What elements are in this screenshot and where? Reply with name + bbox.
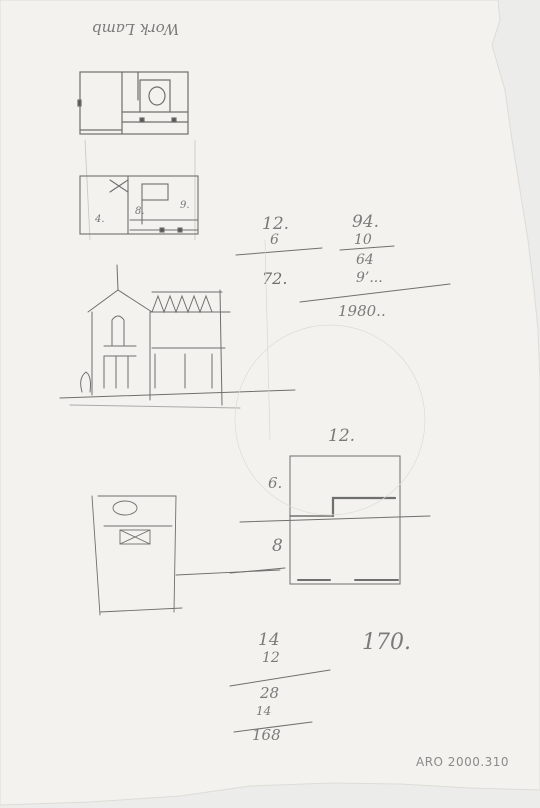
calc3-addend: 14 bbox=[256, 704, 271, 718]
calc3-result: 168 bbox=[252, 726, 281, 744]
plan-lower-depth: 8 bbox=[272, 536, 283, 556]
top-inscription: Work Lamb bbox=[92, 20, 179, 38]
calc3-line-1: 14 bbox=[258, 630, 280, 650]
sketch-sheet: 4. 8. 9. bbox=[0, 0, 540, 808]
catalog-number: ARO 2000.310 bbox=[416, 755, 509, 769]
svg-text:9.: 9. bbox=[180, 200, 190, 211]
calc1-multiplicand: 12. bbox=[262, 214, 289, 234]
calc2-line-3: 64 bbox=[356, 252, 374, 268]
plan-width: 12. bbox=[328, 426, 355, 446]
calc2-line-4: 9’... bbox=[356, 270, 383, 286]
plan-upper-depth: 6. bbox=[268, 474, 282, 492]
svg-text:4.: 4. bbox=[94, 214, 105, 225]
side-value: 170. bbox=[362, 630, 411, 655]
svg-text:8.: 8. bbox=[135, 206, 145, 217]
calc1-multiplier: 6 bbox=[270, 232, 279, 248]
calc2-line-2: 10 bbox=[354, 232, 372, 248]
calc2-line-1: 94. bbox=[352, 212, 379, 232]
calc3-subtotal: 28 bbox=[260, 684, 279, 702]
calc2-result: 1980.. bbox=[338, 302, 386, 320]
calc3-line-2: 12 bbox=[262, 650, 280, 666]
